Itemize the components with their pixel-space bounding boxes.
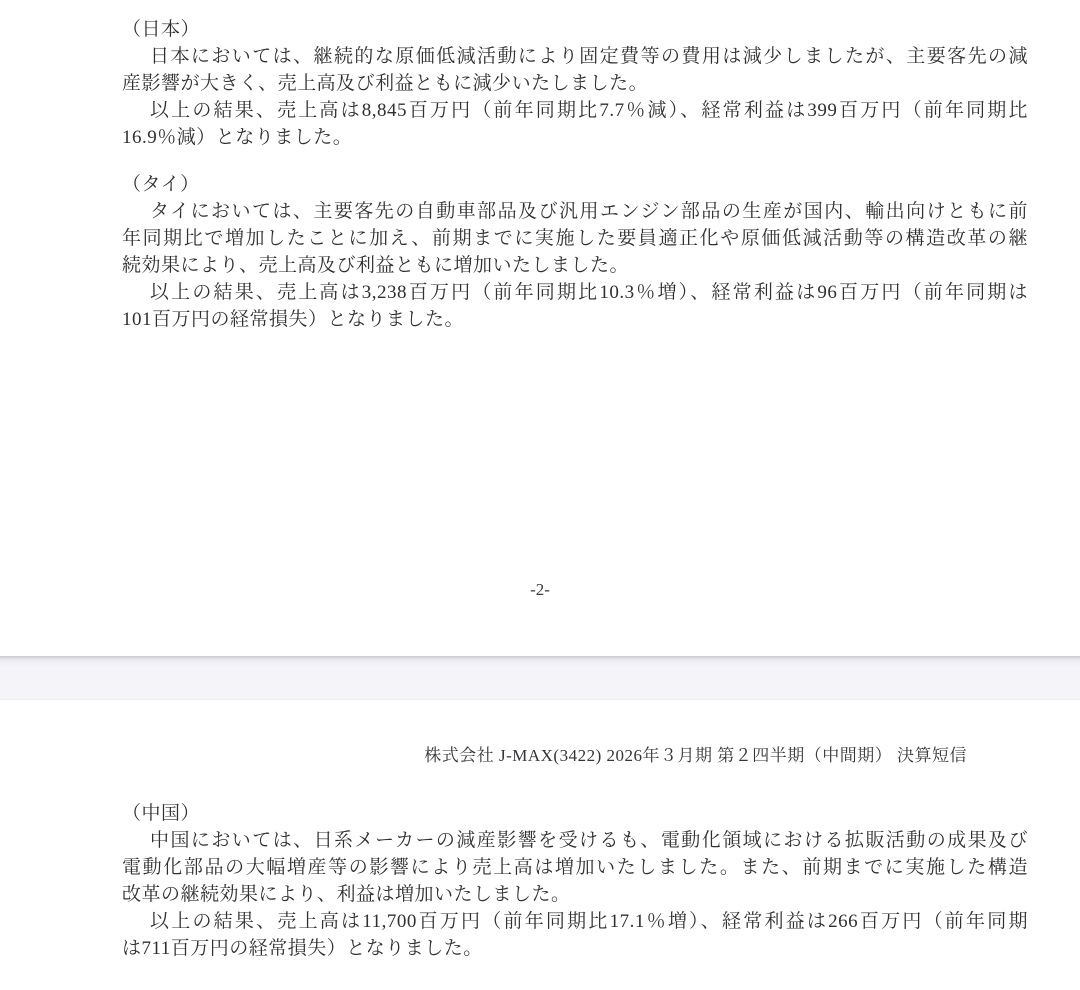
- section-thailand: （タイ） タイにおいては、主要客先の自動車部品及び汎用エンジン部品の生産が国内、…: [122, 171, 1028, 333]
- body-line: は711百万円の経常損失）となりました。: [122, 935, 1028, 962]
- body-line: 以上の結果、売上高は11,700百万円（前年同期比17.1％増）、経常利益は26…: [122, 908, 1028, 935]
- section-china-title: （中国）: [122, 800, 1028, 827]
- report-header: 株式会社 J-MAX(3422) 2026年３月期 第２四半期（中間期） 決算短…: [424, 745, 967, 767]
- body-line: 101百万円の経常損失）となりました。: [122, 306, 1028, 333]
- section-china: （中国） 中国においては、日系メーカーの減産影響を受けるも、電動化領域における拡…: [122, 800, 1028, 962]
- body-line: 中国においては、日系メーカーの減産影響を受けるも、電動化領域における拡販活動の成…: [122, 827, 1028, 854]
- body-line: タイにおいては、主要客先の自動車部品及び汎用エンジン部品の生産が国内、輸出向けと…: [122, 198, 1028, 225]
- body-line: 以上の結果、売上高は3,238百万円（前年同期比10.3％増）、経常利益は96百…: [122, 279, 1028, 306]
- body-line: 日本においては、継続的な原価低減活動により固定費等の費用は減少しましたが、主要客…: [122, 43, 1028, 70]
- body-line: 16.9％減）となりました。: [122, 124, 1028, 151]
- body-line: 電動化部品の大幅増産等の影響により売上高は増加いたしました。また、前期までに実施…: [122, 854, 1028, 881]
- section-japan: （日本） 日本においては、継続的な原価低減活動により固定費等の費用は減少しました…: [122, 16, 1028, 151]
- body-line: 続効果により、売上高及び利益ともに増加いたしました。: [122, 252, 1028, 279]
- body-line: 産影響が大きく、売上高及び利益ともに減少いたしました。: [122, 70, 1028, 97]
- section-japan-title: （日本）: [122, 16, 1028, 43]
- page-gap-separator: [0, 656, 1080, 700]
- section-thailand-title: （タイ）: [122, 171, 1028, 198]
- body-line: 以上の結果、売上高は8,845百万円（前年同期比7.7％減）、経常利益は399百…: [122, 97, 1028, 124]
- pdf-viewer-canvas: （日本） 日本においては、継続的な原価低減活動により固定費等の費用は減少しました…: [0, 0, 1080, 990]
- body-line: 改革の継続効果により、利益は増加いたしました。: [122, 881, 1028, 908]
- body-line: 年同期比で増加したことに加え、前期までに実施した要員適正化や原価低減活動等の構造…: [122, 225, 1028, 252]
- page-number: -2-: [0, 578, 1080, 602]
